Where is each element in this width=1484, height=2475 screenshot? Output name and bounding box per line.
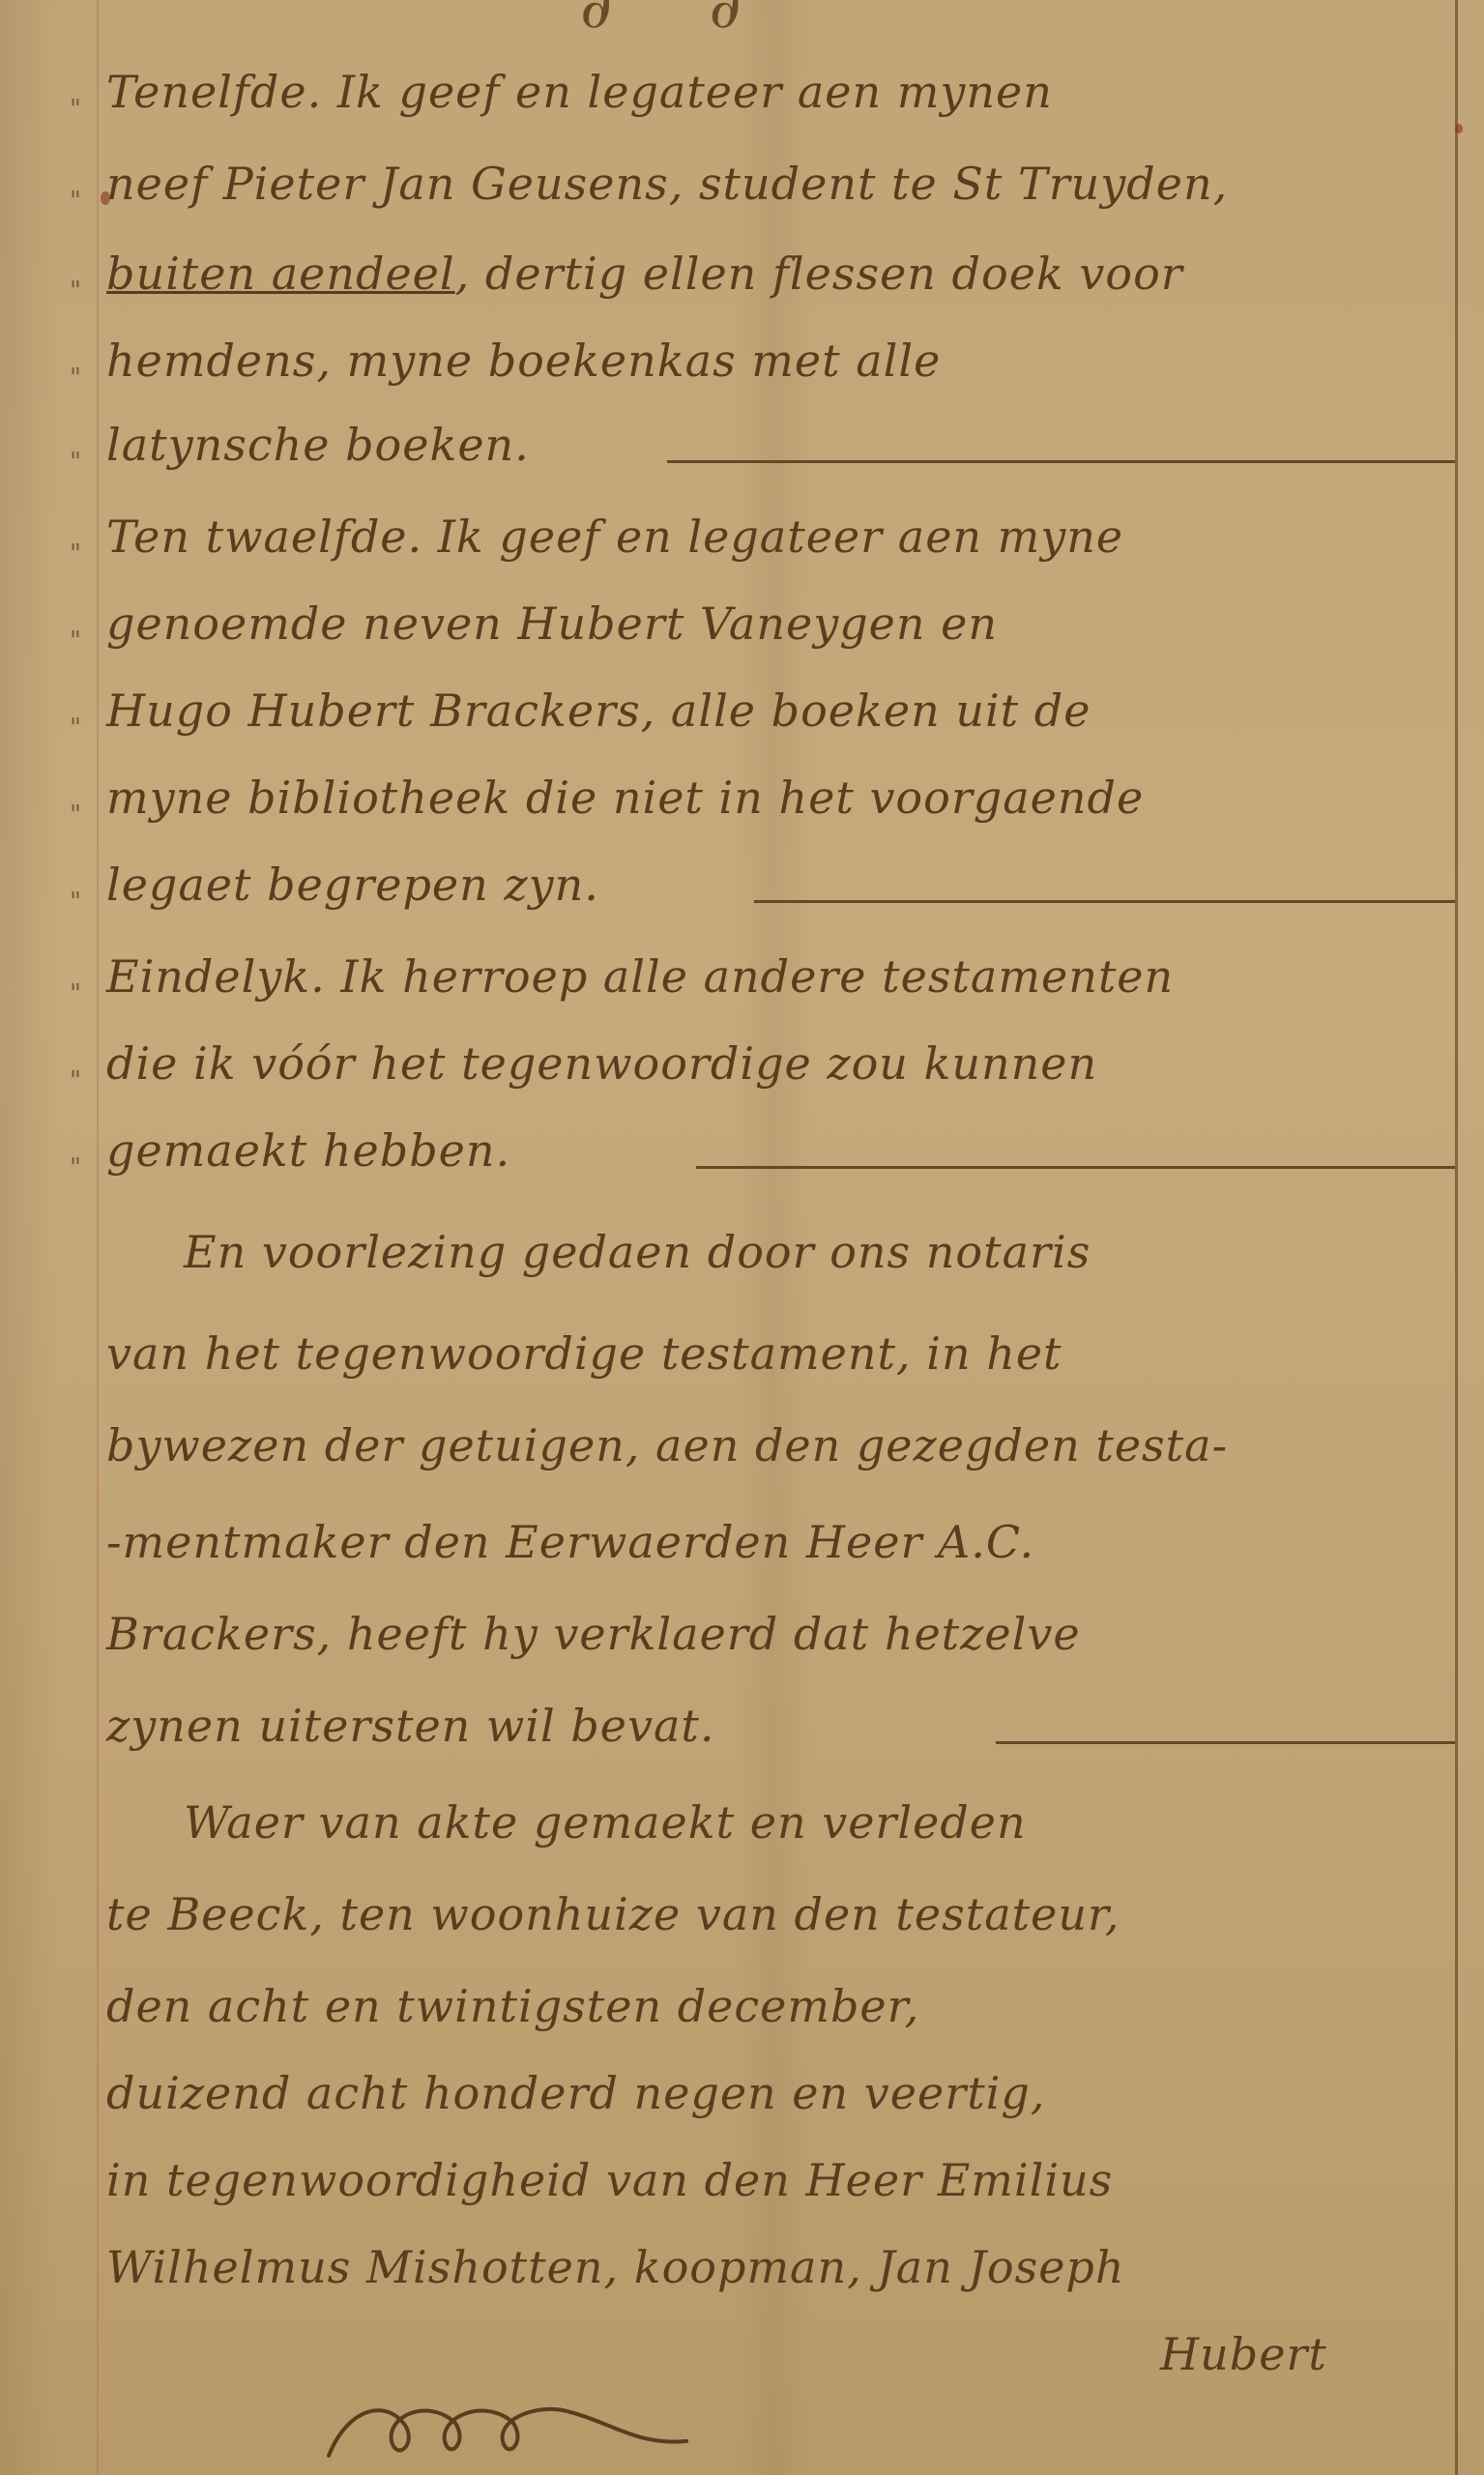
fill-rule [754, 900, 1455, 903]
text-line: duizend acht honderd negen en veertig, [0, 2040, 1484, 2133]
quote-mark: " [70, 888, 81, 917]
line-text: buiten aendeel, dertig ellen flessen doe… [106, 247, 1183, 300]
line-text: den acht en twintigsten december, [106, 1980, 919, 2032]
quote-mark: " [70, 95, 81, 124]
text-line: " die ik vóór het tegenwoordige zou kunn… [0, 1010, 1484, 1103]
text-line: " myne bibliotheek die niet in het voorg… [0, 744, 1484, 837]
text-line: " neef Pieter Jan Geusens, student te St… [0, 131, 1484, 223]
text-line: En voorlezing gedaen door ons notaris [0, 1199, 1484, 1292]
line-text: van het tegenwoordige testament, in het [106, 1327, 1062, 1380]
text-line: " legaet begrepen zyn. [0, 831, 1484, 924]
text-line: " Eindelyk. Ik herroep alle andere testa… [0, 923, 1484, 1016]
line-text: Tenelfde. Ik geef en legateer aen mynen [106, 66, 1053, 118]
text-line: " latynsche boeken. [0, 392, 1484, 484]
text-line: in tegenwoordigheid van den Heer Emilius [0, 2127, 1484, 2220]
quote-mark: " [70, 1066, 81, 1095]
quote-mark: " [70, 448, 81, 477]
quote-mark: " [70, 713, 81, 742]
document-page: ∂ ∂ " Tenelfde. Ik geef en legateer aen … [0, 0, 1484, 2475]
line-text: duizend acht honderd negen en veertig, [106, 2067, 1045, 2119]
quote-mark: " [70, 539, 81, 568]
quote-mark: " [70, 979, 81, 1008]
quote-mark: " [70, 187, 81, 216]
text-line: van het tegenwoordige testament, in het [0, 1300, 1484, 1393]
line-text: zynen uitersten wil bevat. [106, 1700, 715, 1752]
underlined-phrase: buiten aendeel [106, 247, 455, 300]
line-text: Ten twaelfde. Ik geef en legateer aen my… [106, 510, 1123, 563]
text-line: " hemdens, myne boekenkas met alle [0, 307, 1484, 400]
line-text: latynsche boeken. [106, 419, 530, 471]
line-text: die ik vóór het tegenwoordige zou kunnen [106, 1037, 1097, 1090]
line-text: En voorlezing gedaen door ons notaris [184, 1226, 1091, 1278]
quote-mark: " [70, 1153, 81, 1182]
quote-mark: " [70, 626, 81, 655]
text-line: " Hugo Hubert Brackers, alle boeken uit … [0, 657, 1484, 750]
line-text-rest: , dertig ellen flessen doek voor [455, 247, 1183, 300]
text-line: " buiten aendeel, dertig ellen flessen d… [0, 220, 1484, 313]
text-line: " Ten twaelfde. Ik geef en legateer aen … [0, 483, 1484, 576]
line-text: in tegenwoordigheid van den Heer Emilius [106, 2154, 1113, 2206]
line-text: Wilhelmus Mishotten, koopman, Jan Joseph [106, 2241, 1125, 2293]
text-line: -mentmaker den Eerwaerden Heer A.C. [0, 1489, 1484, 1582]
line-text: bywezen der getuigen, aen den gezegden t… [106, 1419, 1228, 1471]
fill-rule [996, 1741, 1455, 1744]
line-text: gemaekt hebben. [106, 1124, 510, 1177]
text-line: te Beeck, ten woonhuize van den testateu… [0, 1861, 1484, 1954]
text-line: Hubert [0, 2301, 1484, 2394]
text-line: Brackers, heeft hy verklaerd dat hetzelv… [0, 1581, 1484, 1674]
quote-mark: " [70, 801, 81, 830]
line-text: Hugo Hubert Brackers, alle boeken uit de [106, 684, 1091, 737]
line-text: genoemde neven Hubert Vaneygen en [106, 597, 998, 650]
text-line: zynen uitersten wil bevat. [0, 1673, 1484, 1765]
line-text: Brackers, heeft hy verklaerd dat hetzelv… [106, 1608, 1081, 1660]
text-line: " genoemde neven Hubert Vaneygen en [0, 570, 1484, 663]
line-text: legaet begrepen zyn. [106, 859, 599, 911]
line-text: neef Pieter Jan Geusens, student te St T… [106, 158, 1228, 210]
line-text: Hubert [1160, 2328, 1327, 2380]
closing-flourish-icon [319, 2388, 725, 2465]
line-text: -mentmaker den Eerwaerden Heer A.C. [106, 1516, 1034, 1568]
line-text: Waer van akte gemaekt en verleden [184, 1796, 1027, 1849]
quote-mark: " [70, 277, 81, 306]
fill-rule [667, 460, 1455, 463]
line-text: te Beeck, ten woonhuize van den testateu… [106, 1888, 1120, 1940]
line-text: myne bibliotheek die niet in het voorgae… [106, 772, 1144, 824]
line-text: hemdens, myne boekenkas met alle [106, 335, 941, 387]
quote-mark: " [70, 364, 81, 393]
text-line: bywezen der getuigen, aen den gezegden t… [0, 1392, 1484, 1485]
text-line: Wilhelmus Mishotten, koopman, Jan Joseph [0, 2214, 1484, 2307]
line-text: Eindelyk. Ik herroep alle andere testame… [106, 950, 1174, 1003]
text-line: den acht en twintigsten december, [0, 1953, 1484, 2046]
fill-rule [696, 1166, 1455, 1169]
text-line: " Tenelfde. Ik geef en legateer aen myne… [0, 39, 1484, 131]
text-line: " gemaekt hebben. [0, 1097, 1484, 1190]
top-flourish: ∂ ∂ [580, 0, 780, 43]
text-line: Waer van akte gemaekt en verleden [0, 1769, 1484, 1862]
